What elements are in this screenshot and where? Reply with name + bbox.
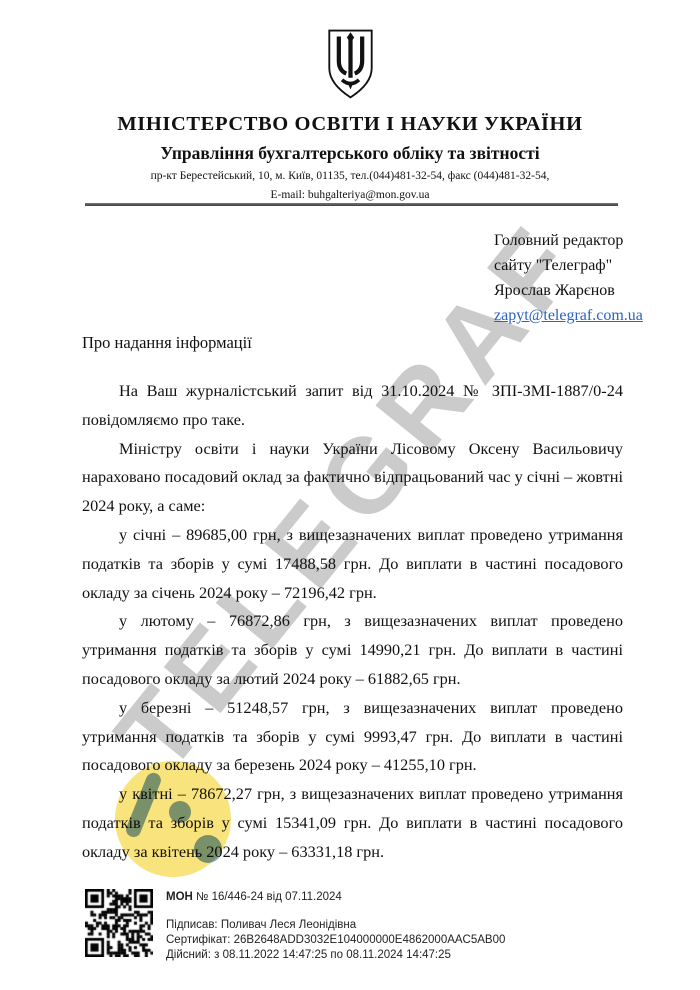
document-org: МОН: [166, 891, 193, 903]
body-paragraph: На Ваш журналістський запит від 31.10.20…: [82, 377, 623, 435]
recipient-email-link[interactable]: zapyt@telegraf.com.ua: [494, 307, 643, 324]
letterhead: МІНІСТЕРСТВО ОСВІТИ І НАУКИ УКРАЇНИ Упра…: [0, 0, 700, 202]
body-paragraph: Міністру освіти і науки України Лісовому…: [82, 435, 623, 521]
signed-by-line: Підписав: Поливач Леся Леонідівна: [166, 918, 505, 933]
validity-line: Дійсний: з 08.11.2022 14:47:25 по 08.11.…: [166, 948, 505, 963]
recipient-line: сайту "Телеграф": [494, 253, 643, 278]
certificate-line: Сертифікат: 26B2648ADD3032E104000000E486…: [166, 933, 505, 948]
recipient-line: Головний редактор: [494, 228, 643, 253]
recipient-block: Головний редактор сайту "Телеграф" Яросл…: [494, 228, 643, 328]
subject-line: Про надання інформації: [82, 333, 252, 353]
document-number-rest: № 16/446-24 від 07.11.2024: [193, 891, 342, 903]
recipient-line: Ярослав Жарєнов: [494, 278, 643, 303]
signature-block: МОН № 16/446-24 від 07.11.2024 Підписав:…: [166, 890, 505, 963]
telegraf-logo-dot: [169, 801, 191, 823]
document-number: МОН № 16/446-24 від 07.11.2024: [166, 890, 505, 905]
email-line: E-mail: buhgalteriya@mon.gov.ua: [0, 188, 700, 202]
body-paragraph: у січні – 89685,00 грн, з вищезазначених…: [82, 521, 623, 607]
qr-code: [85, 889, 153, 957]
department-title: Управління бухгалтерського обліку та зві…: [0, 143, 700, 164]
ministry-title: МІНІСТЕРСТВО ОСВІТИ І НАУКИ УКРАЇНИ: [0, 113, 700, 136]
body-paragraph: у лютому – 76872,86 грн, з вищезазначени…: [82, 607, 623, 693]
telegraf-logo-dot: [194, 835, 222, 863]
address-line: пр-кт Берестейський, 10, м. Київ, 01135,…: [0, 169, 700, 183]
letterhead-divider: [85, 203, 618, 206]
letter-page: TELEGRAF МІНІСТЕРСТВО ОСВІТИ І НАУКИ УКР…: [0, 0, 700, 990]
ukraine-trident-emblem-icon: [324, 28, 377, 100]
